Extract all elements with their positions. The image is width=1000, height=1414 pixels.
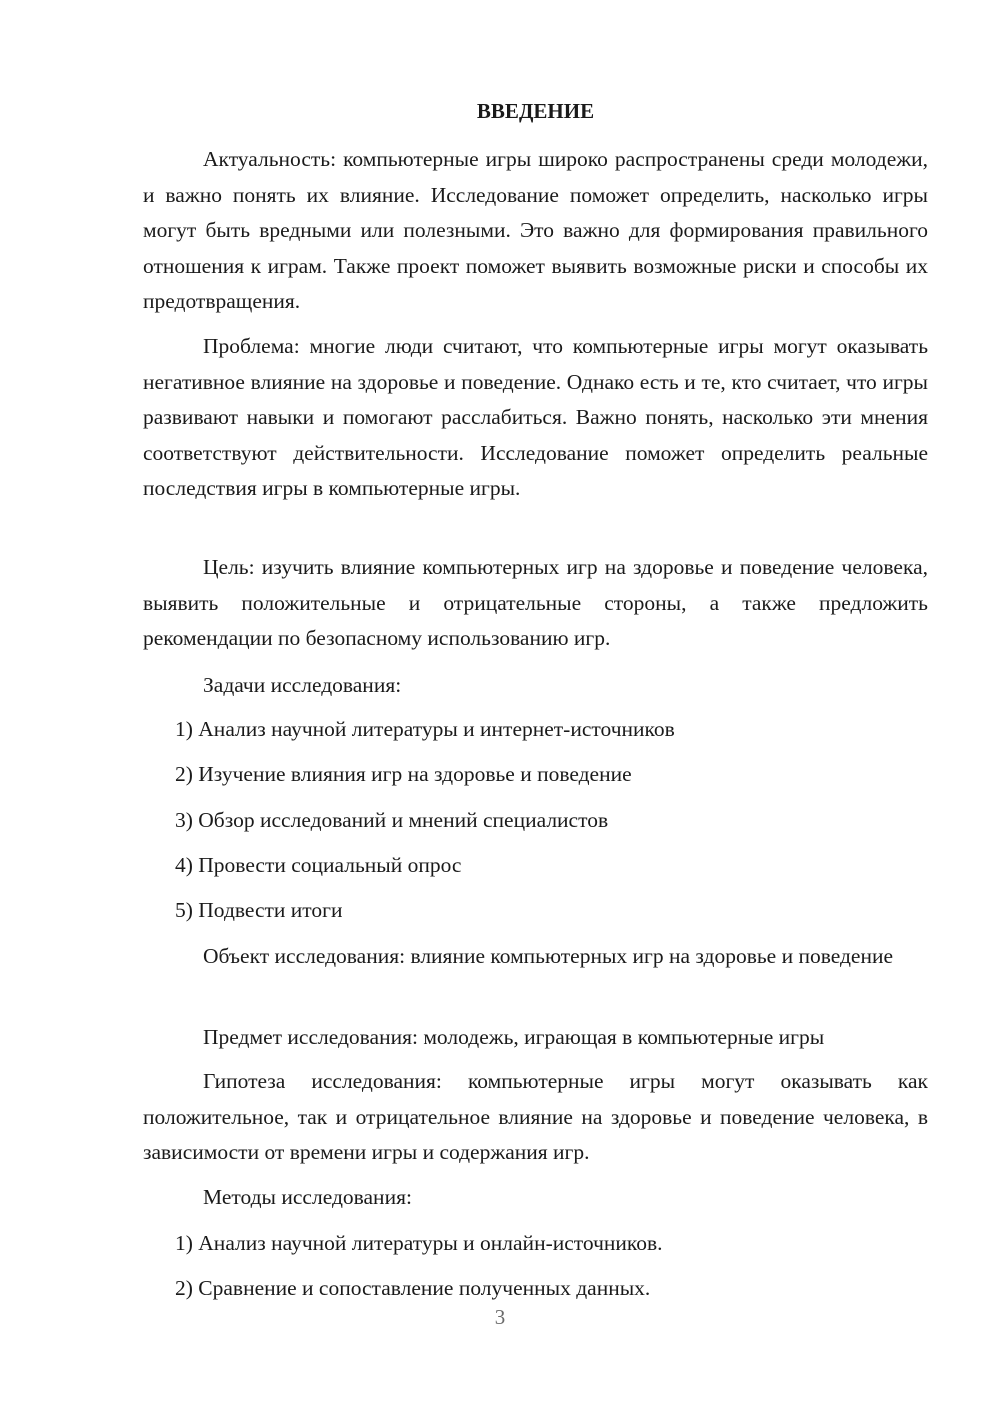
method-item: 2) Сравнение и сопоставление полученных … bbox=[175, 1271, 650, 1307]
paragraph-object: Объект исследования: влияние компьютерны… bbox=[143, 939, 928, 975]
page-title: ВВЕДЕНИЕ bbox=[143, 96, 928, 126]
task-item: 1) Анализ научной литературы и интернет-… bbox=[175, 712, 675, 748]
task-item: 5) Подвести итоги bbox=[175, 893, 343, 929]
paragraph-goal: Цель: изучить влияние компьютерных игр н… bbox=[143, 550, 928, 657]
paragraph-subject: Предмет исследования: молодежь, играющая… bbox=[203, 1020, 824, 1056]
task-item: 3) Обзор исследований и мнений специалис… bbox=[175, 803, 608, 839]
page-number: 3 bbox=[0, 1305, 1000, 1330]
tasks-heading: Задачи исследования: bbox=[203, 668, 401, 704]
paragraph-problem: Проблема: многие люди считают, что компь… bbox=[143, 329, 928, 507]
methods-heading: Методы исследования: bbox=[203, 1180, 412, 1216]
task-item: 4) Провести социальный опрос bbox=[175, 848, 461, 884]
task-item: 2) Изучение влияния игр на здоровье и по… bbox=[175, 757, 632, 793]
method-item: 1) Анализ научной литературы и онлайн-ис… bbox=[175, 1226, 663, 1262]
paragraph-relevance: Актуальность: компьютерные игры широко р… bbox=[143, 142, 928, 320]
paragraph-hypothesis: Гипотеза исследования: компьютерные игры… bbox=[143, 1064, 928, 1171]
